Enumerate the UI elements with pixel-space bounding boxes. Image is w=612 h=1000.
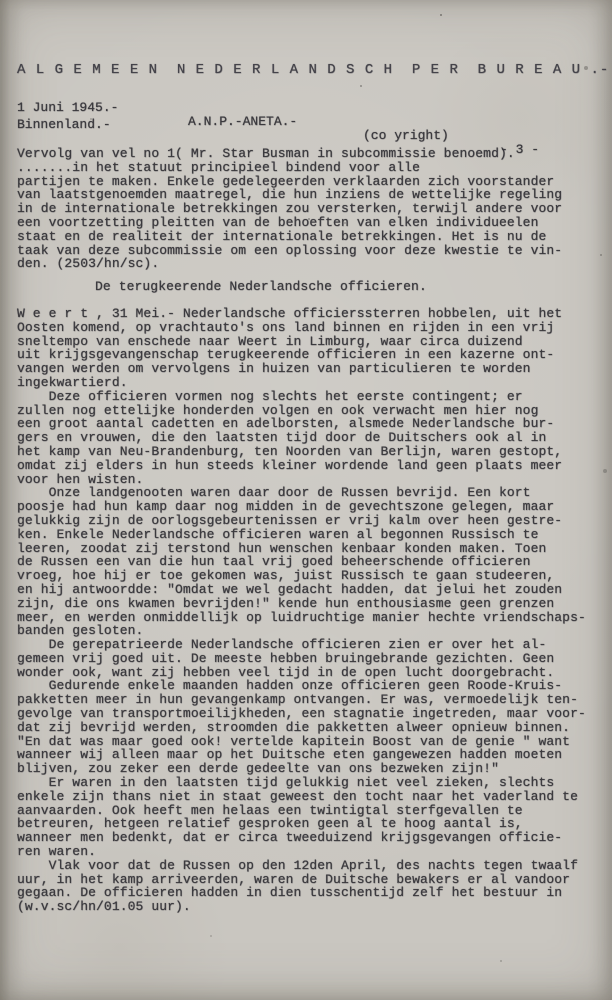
dateline-row: 1 Juni 1945.- A.N.P.-ANETA.- (co yright)… bbox=[17, 87, 598, 101]
article-paragraph: Er waren in den laatsten tijd gelukkig n… bbox=[17, 776, 598, 914]
issue-date: 1 Juni 1945.- bbox=[17, 101, 118, 115]
copyright-notice: (co yright) bbox=[363, 129, 449, 143]
agency-abbreviation: A.N.P.-ANETA.- bbox=[188, 115, 297, 129]
article-paragraph: De gerepatrieerde Nederlandsche officier… bbox=[17, 638, 598, 679]
article-paragraph: Gedurende enkele maanden hadden onze off… bbox=[17, 679, 598, 776]
article-paragraph: Onze landgenooten waren daar door de Rus… bbox=[17, 486, 598, 638]
page-number: - 3 - bbox=[500, 143, 539, 157]
article-heading: De terugkeerende Nederlandsche officiere… bbox=[17, 280, 598, 294]
document-body: Vervolg van vel no 1( Mr. Star Busman in… bbox=[17, 147, 598, 914]
document-page: A L G E M E E N N E D E R L A N D S C H … bbox=[0, 0, 612, 914]
article-paragraph: W e e r t , 31 Mei.- Nederlandsche offic… bbox=[17, 307, 598, 390]
section-label: Binnenland.- bbox=[17, 118, 598, 132]
continuation-paragraph: Vervolg van vel no 1( Mr. Star Busman in… bbox=[17, 147, 598, 271]
document-header: A L G E M E E N N E D E R L A N D S C H … bbox=[17, 62, 598, 132]
article-paragraph: Deze officieren vormen nog slechts het e… bbox=[17, 390, 598, 487]
scanned-document: A L G E M E E N N E D E R L A N D S C H … bbox=[0, 0, 612, 1000]
agency-masthead: A L G E M E E N N E D E R L A N D S C H … bbox=[17, 62, 598, 78]
